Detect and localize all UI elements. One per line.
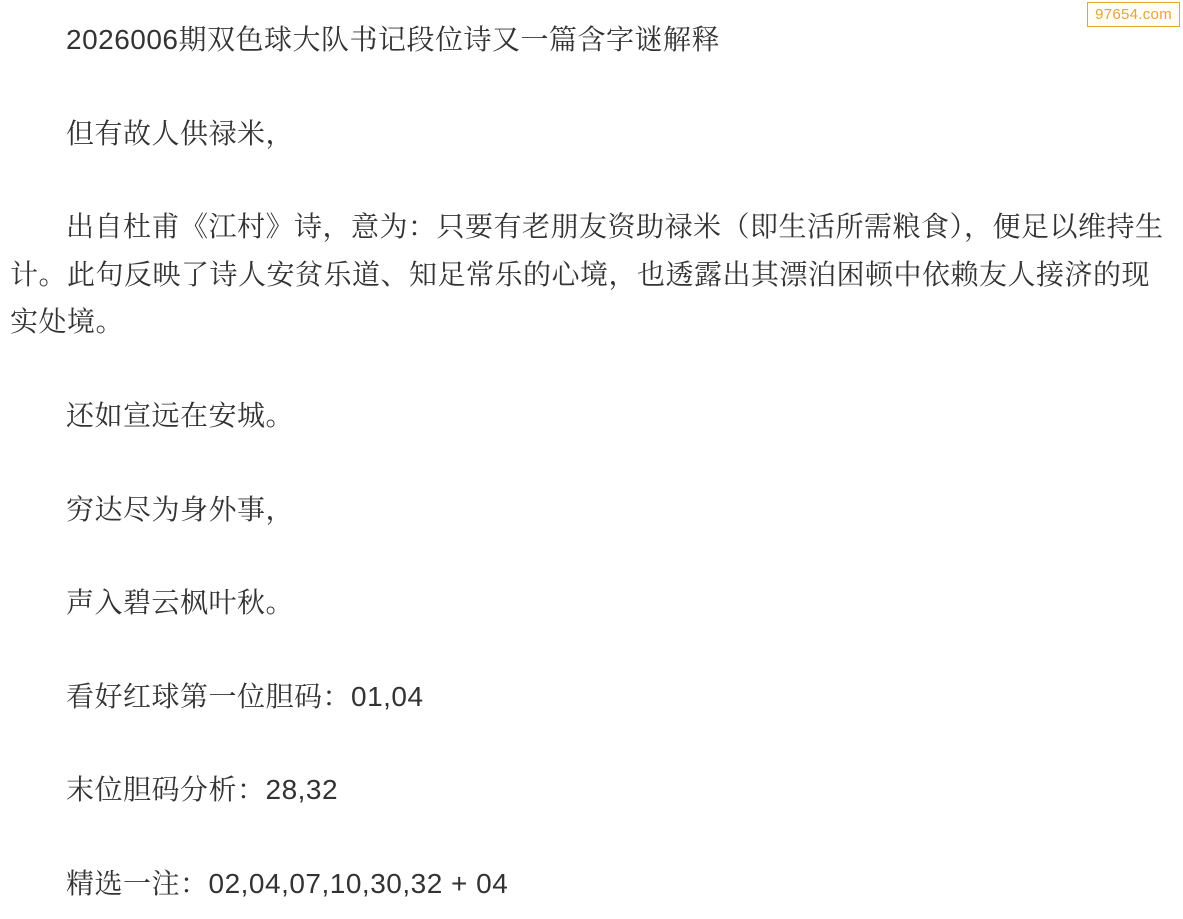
paragraph-poem-line-4: 声入碧云枫叶秋。 <box>10 579 1173 627</box>
paragraph-red-ball-first-dan-code: 看好红球第一位胆码：01,04 <box>10 673 1173 721</box>
paragraph-selected-bet-numbers: 精选一注：02,04,07,10,30,32 + 04 <box>10 860 1173 908</box>
paragraph-poem-line-2: 还如宣远在安城。 <box>10 392 1173 440</box>
paragraph-poem-line-1: 但有故人供禄米， <box>10 110 1173 158</box>
paragraph-last-position-dan-code: 末位胆码分析：28,32 <box>10 766 1173 814</box>
article-body: 2026006期双色球大队书记段位诗又一篇含字谜解释 但有故人供禄米， 出自杜甫… <box>0 0 1183 908</box>
watermark-badge: 97654.com <box>1087 2 1180 27</box>
paragraph-poem-line-3: 穷达尽为身外事， <box>10 486 1173 534</box>
article-title: 2026006期双色球大队书记段位诗又一篇含字谜解释 <box>10 16 1173 64</box>
paragraph-poem-explanation: 出自杜甫《江村》诗，意为：只要有老朋友资助禄米（即生活所需粮食），便足以维持生计… <box>10 203 1173 346</box>
